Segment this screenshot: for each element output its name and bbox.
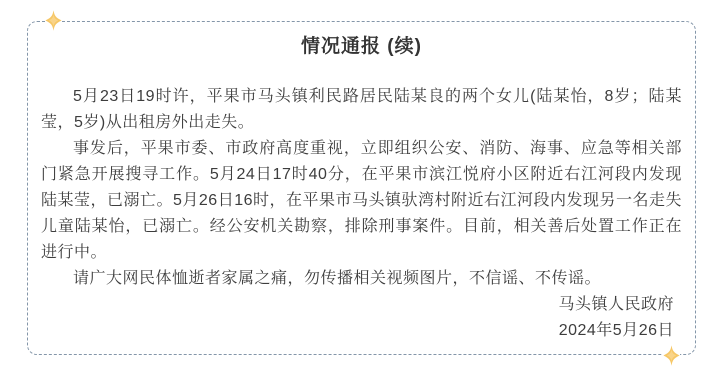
- notice-paragraph: 请广大网民体恤逝者家属之痛，勿传播相关视频图片，不信谣、不传谣。: [41, 266, 682, 292]
- notice-card: 情况通报 (续) 5月23日19时许，平果市马头镇利民路居民陆某良的两个女儿(陆…: [27, 21, 696, 355]
- notice-paragraph: 事发后，平果市委、市政府高度重视，立即组织公安、消防、海事、应急等相关部门紧急开…: [41, 136, 682, 266]
- notice-title: 情况通报 (续): [41, 34, 682, 60]
- notice-signature: 马头镇人民政府: [41, 292, 682, 318]
- notice-body: 5月23日19时许，平果市马头镇利民路居民陆某良的两个女儿(陆某怡，8岁；陆某莹…: [41, 84, 682, 292]
- notice-paragraph: 5月23日19时许，平果市马头镇利民路居民陆某良的两个女儿(陆某怡，8岁；陆某莹…: [41, 84, 682, 136]
- notice-date: 2024年5月26日: [41, 318, 682, 344]
- notice-screenshot: 情况通报 (续) 5月23日19时许，平果市马头镇利民路居民陆某良的两个女儿(陆…: [0, 0, 715, 376]
- sparkle-star-icon: [45, 10, 62, 31]
- sparkle-star-icon: [663, 345, 680, 366]
